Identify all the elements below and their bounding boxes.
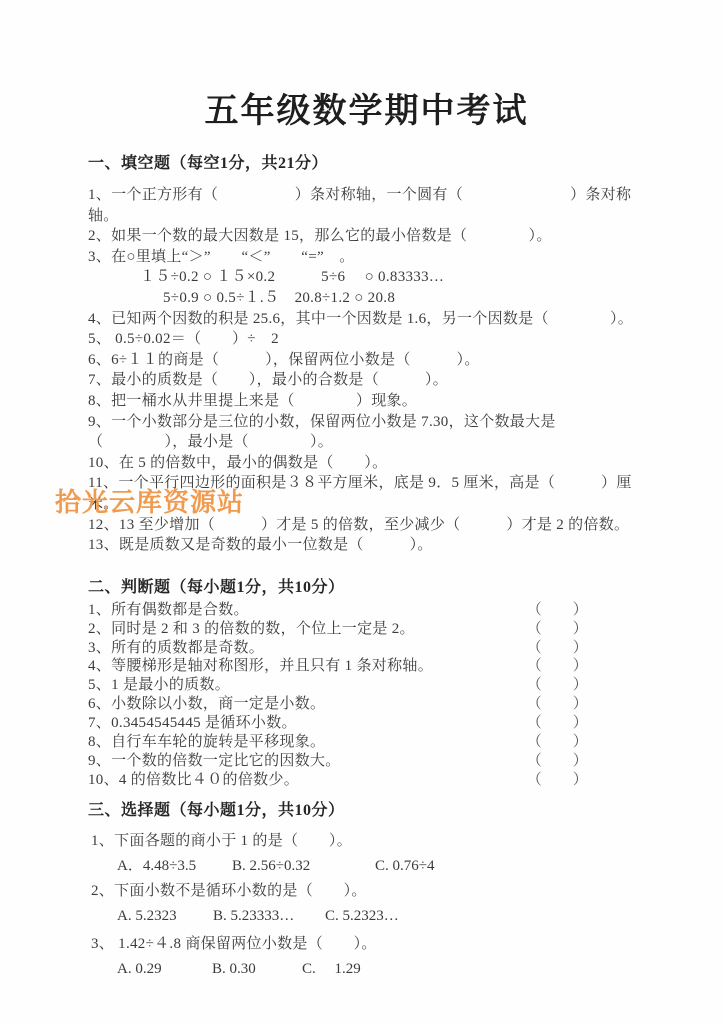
judge-answer-slot: （ ） <box>527 733 588 752</box>
choice-question: 3、 1.42÷４.8 商保留两位小数是（ ）。A. 0.29B. 0.30C.… <box>88 932 645 982</box>
choice-question-stem: 3、 1.42÷４.8 商保留两位小数是（ ）。 <box>88 932 645 957</box>
choice-option: A. 5.2323 <box>117 904 213 929</box>
choice-question-stem: 1、下面各题的商小于 1 的是（ ）。 <box>88 829 645 854</box>
judge-question-text: 3、所有的质数都是奇数。 <box>88 639 527 658</box>
choice-option: B. 5.23333… <box>213 904 325 929</box>
judge-question-text: 9、一个数的倍数一定比它的因数大。 <box>88 752 527 771</box>
judge-answer-slot: （ ） <box>527 601 588 620</box>
watermark: 拾光云库资源站 <box>55 488 244 518</box>
fill-in-line: 1、一个正方形有（ ）条对称轴，一个圆有（ ）条对称轴。 <box>88 185 645 226</box>
judge-answer-slot: （ ） <box>527 771 588 790</box>
choice-question: 2、下面小数不是循环小数的是（ ）。A. 5.2323B. 5.23333…C.… <box>88 879 645 929</box>
judge-question-text: 8、自行车车轮的旋转是平移现象。 <box>88 733 527 752</box>
choice-options-row: A. 0.29B. 0.30C. 1.29 <box>88 957 645 982</box>
choice-option: A．4.48÷3.5 <box>117 854 232 879</box>
choice-option: A. 0.29 <box>117 957 212 982</box>
fill-in-line: 5÷0.9 ○ 0.5÷１.５ 20.8÷1.2 ○ 20.8 <box>88 288 645 309</box>
choice-question-stem: 2、下面小数不是循环小数的是（ ）。 <box>88 879 645 904</box>
fill-in-line: 9、一个小数部分是三位的小数，保留两位小数是 7.30，这个数最大是（ ），最小… <box>88 412 645 453</box>
judge-row: 1、所有偶数都是合数。（ ） <box>88 601 588 620</box>
choice-option: C. 1.29 <box>302 957 361 982</box>
section-judge: 二、判断题（每小题1分，共10分） 1、所有偶数都是合数。（ ）2、同时是 2 … <box>88 576 645 790</box>
fill-in-line: 5、 0.5÷0.02＝（ ）÷ 2 <box>88 329 645 350</box>
choice-options-row: A．4.48÷3.5B. 2.56÷0.32C. 0.76÷4 <box>88 854 645 879</box>
judge-answer-slot: （ ） <box>527 639 588 658</box>
fill-in-line: 2、如果一个数的最大因数是 15，那么它的最小倍数是（ ）。 <box>88 226 645 247</box>
choice-option: B. 0.30 <box>212 957 302 982</box>
judge-row: 2、同时是 2 和 3 的倍数的数，个位上一定是 2。（ ） <box>88 620 588 639</box>
choice-list: 1、下面各题的商小于 1 的是（ ）。A．4.48÷3.5B. 2.56÷0.3… <box>88 829 645 982</box>
fill-in-line: 7、最小的质数是（ ），最小的合数是（ ）。 <box>88 370 645 391</box>
judge-answer-slot: （ ） <box>527 676 588 695</box>
fill-in-line: 13、既是质数又是奇数的最小一位数是（ ）。 <box>88 535 645 556</box>
fill-in-line: １５÷0.2 ○ １５×0.2 5÷6 ○ 0.83333… <box>88 267 645 288</box>
judge-row: 6、小数除以小数，商一定是小数。（ ） <box>88 695 588 714</box>
fill-in-line: 3、在○里填上“＞” “＜” “=” 。 <box>88 247 645 268</box>
fill-in-line: 8、把一桶水从井里提上来是（ ）现象。 <box>88 391 645 412</box>
judge-row: 5、1 是最小的质数。（ ） <box>88 676 588 695</box>
judge-list: 1、所有偶数都是合数。（ ）2、同时是 2 和 3 的倍数的数，个位上一定是 2… <box>88 601 588 790</box>
judge-question-text: 6、小数除以小数，商一定是小数。 <box>88 695 527 714</box>
fill-in-section-heading: 一、填空题（每空1分，共21分） <box>88 152 645 176</box>
judge-section-heading: 二、判断题（每小题1分，共10分） <box>88 576 645 600</box>
judge-question-text: 7、0.3454545445 是循环小数。 <box>88 714 527 733</box>
judge-answer-slot: （ ） <box>527 620 588 639</box>
exam-page: 拾光云库资源站 五年级数学期中考试 一、填空题（每空1分，共21分） 1、一个正… <box>0 0 724 1024</box>
judge-question-text: 2、同时是 2 和 3 的倍数的数，个位上一定是 2。 <box>88 620 527 639</box>
judge-question-text: 1、所有偶数都是合数。 <box>88 601 527 620</box>
choice-option: C. 0.76÷4 <box>375 854 435 879</box>
choice-option: C. 5.2323… <box>325 904 399 929</box>
judge-answer-slot: （ ） <box>527 695 588 714</box>
judge-question-text: 5、1 是最小的质数。 <box>88 676 527 695</box>
fill-in-line: 4、已知两个因数的积是 25.6，其中一个因数是 1.6，另一个因数是（ ）。 <box>88 309 645 330</box>
choice-section-heading: 三、选择题（每小题1分，共10分） <box>88 799 645 823</box>
judge-row: 7、0.3454545445 是循环小数。（ ） <box>88 714 588 733</box>
choice-question: 1、下面各题的商小于 1 的是（ ）。A．4.48÷3.5B. 2.56÷0.3… <box>88 829 645 879</box>
fill-in-line: 6、6÷１１的商是（ ），保留两位小数是（ ）。 <box>88 350 645 371</box>
judge-answer-slot: （ ） <box>527 657 588 676</box>
judge-row: 9、一个数的倍数一定比它的因数大。（ ） <box>88 752 588 771</box>
judge-question-text: 10、4 的倍数比４０的倍数少。 <box>88 771 527 790</box>
judge-row: 4、等腰梯形是轴对称图形，并且只有 1 条对称轴。（ ） <box>88 657 588 676</box>
judge-row: 10、4 的倍数比４０的倍数少。（ ） <box>88 771 588 790</box>
judge-question-text: 4、等腰梯形是轴对称图形，并且只有 1 条对称轴。 <box>88 657 527 676</box>
choice-option: B. 2.56÷0.32 <box>232 854 375 879</box>
section-choice: 三、选择题（每小题1分，共10分） 1、下面各题的商小于 1 的是（ ）。A．4… <box>88 799 645 982</box>
judge-row: 8、自行车车轮的旋转是平移现象。（ ） <box>88 733 588 752</box>
fill-in-line: 10、在 5 的倍数中，最小的偶数是（ ）。 <box>88 453 645 474</box>
judge-row: 3、所有的质数都是奇数。（ ） <box>88 639 588 658</box>
judge-answer-slot: （ ） <box>527 714 588 733</box>
page-title: 五年级数学期中考试 <box>88 88 645 134</box>
choice-options-row: A. 5.2323B. 5.23333…C. 5.2323… <box>88 904 645 929</box>
judge-answer-slot: （ ） <box>527 752 588 771</box>
